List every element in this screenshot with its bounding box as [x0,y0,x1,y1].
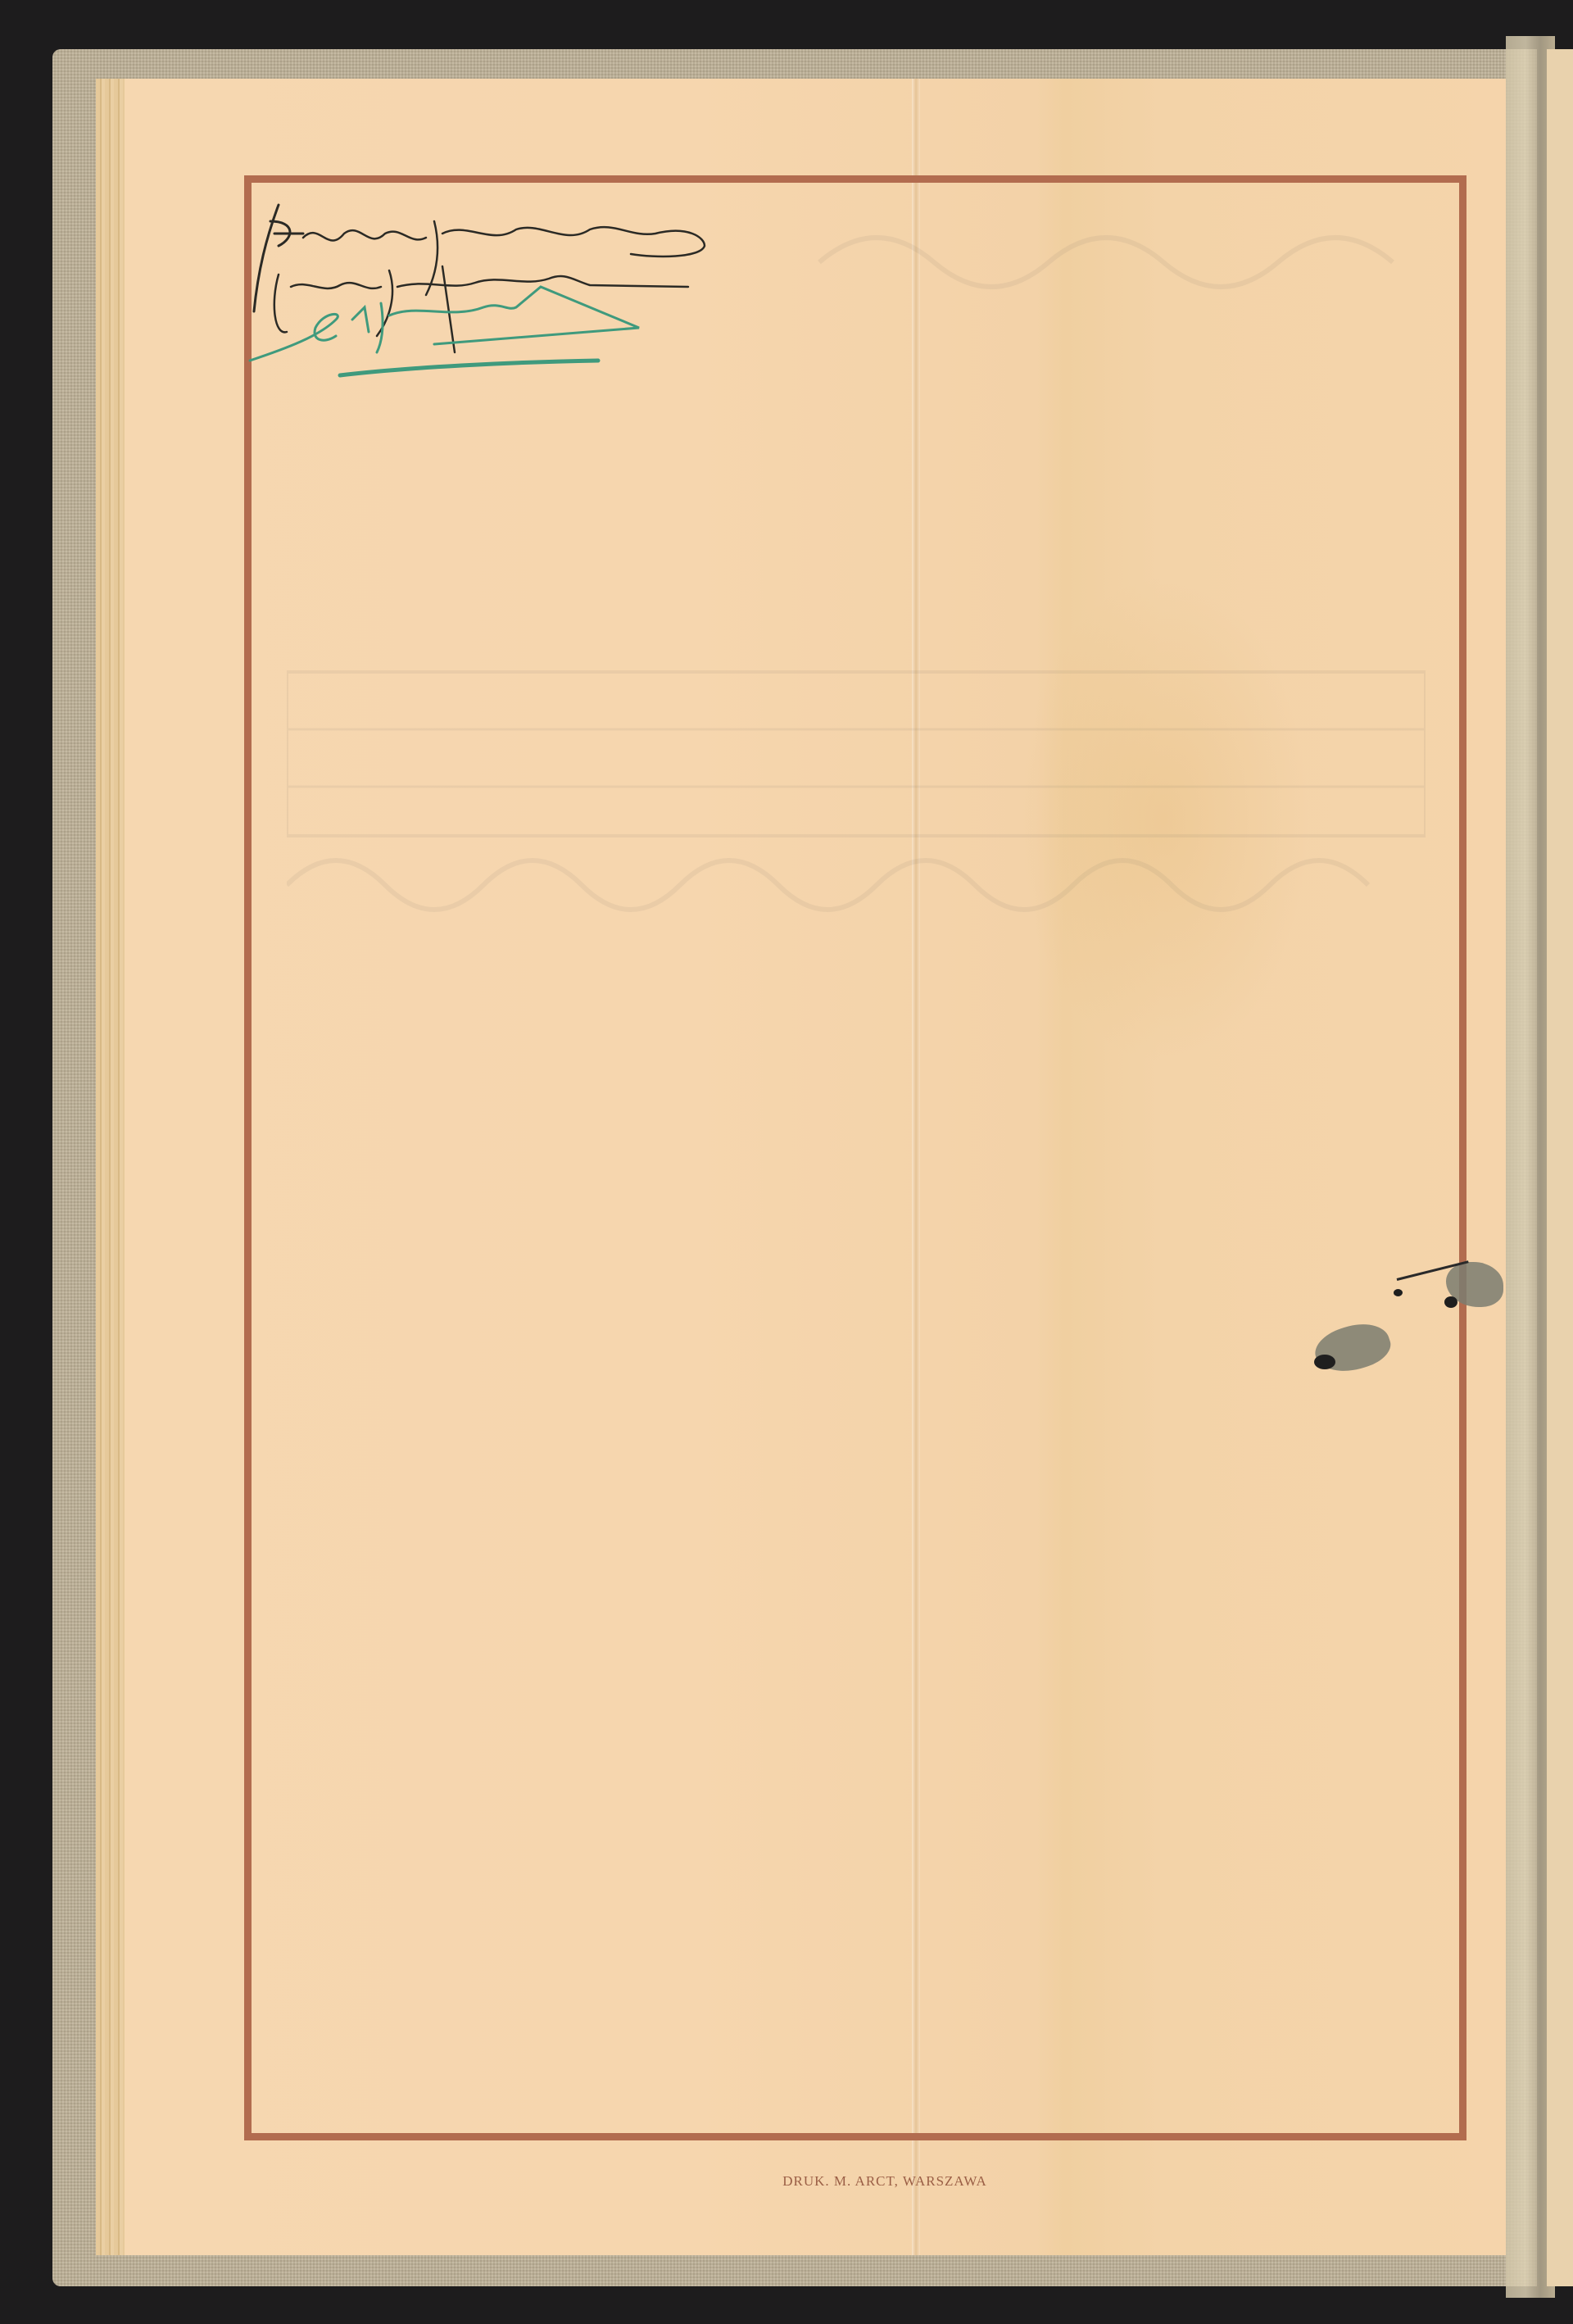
decorative-frame [244,175,1466,2140]
printer-imprint: DRUK. M. ARCT, WARSZAWA [705,2173,1065,2190]
handwritten-signatures [246,188,868,385]
facing-page-edge [1547,49,1573,2286]
page-edges [96,79,125,2255]
